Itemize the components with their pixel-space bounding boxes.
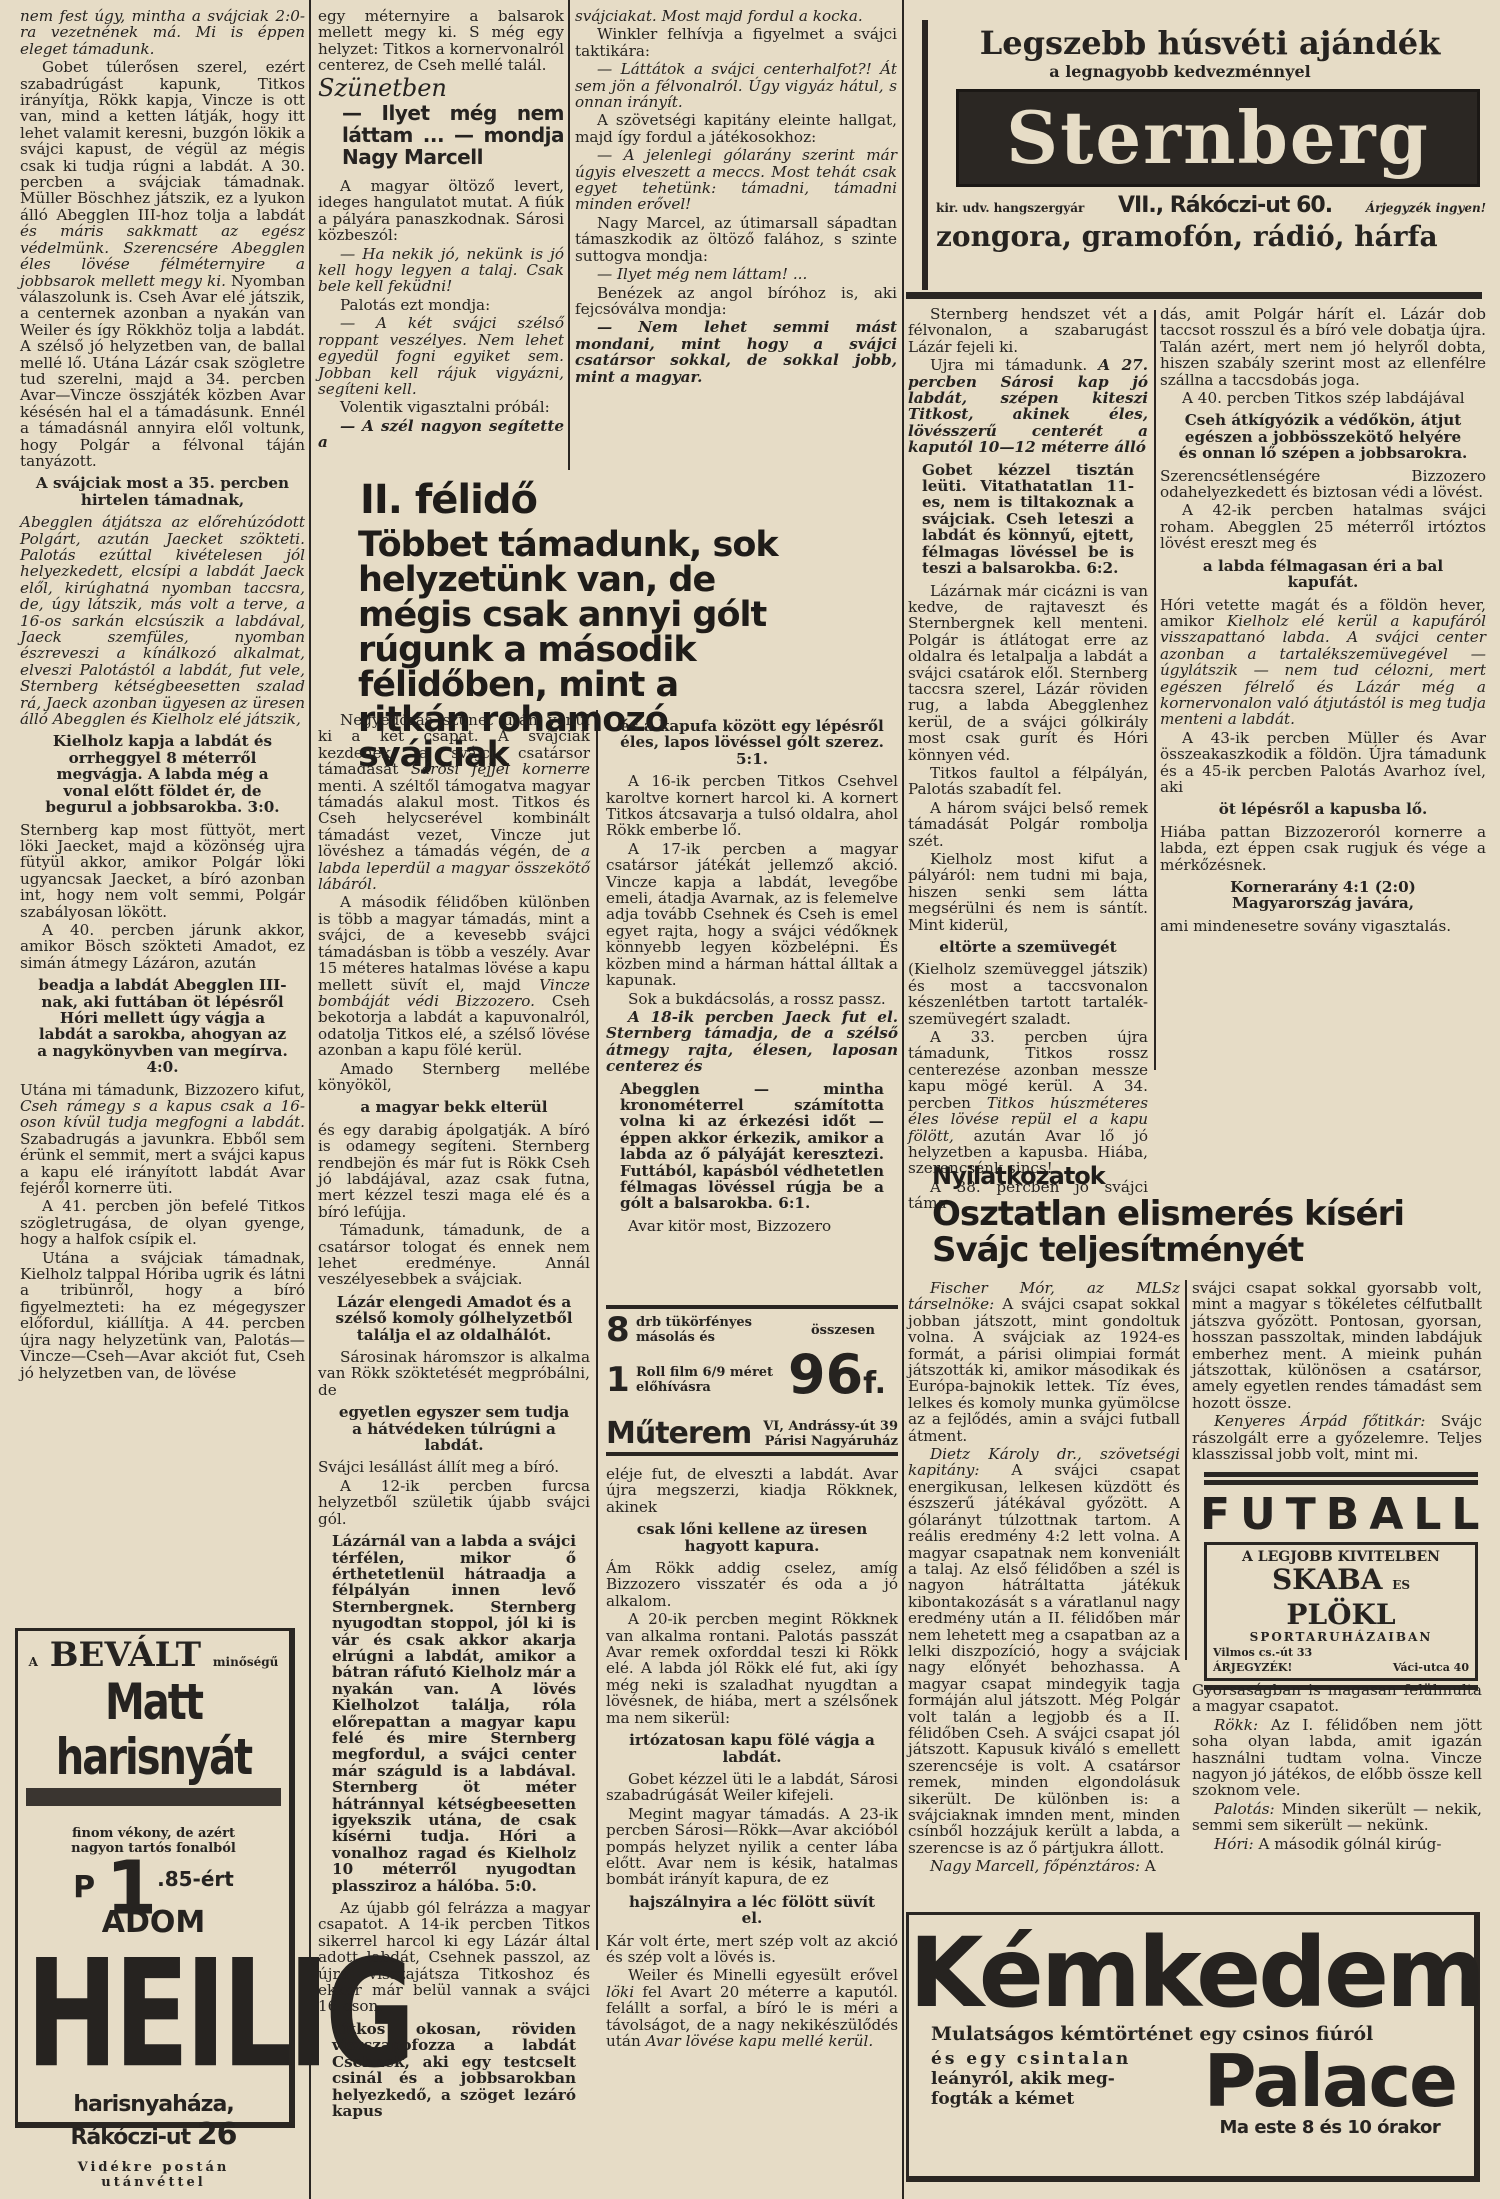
paragraph: Sok a bukdácsolás, a rossz passz. [606,991,898,1007]
text: A [29,1655,38,1669]
statements-headline: Osztatlan elismerés kíséri Svájc teljesí… [932,1196,1492,1268]
quote: — A jelenlegi gólarány szerint már úgyis… [575,147,897,213]
highlight-paragraph: a magyar bekk elterül [332,1099,576,1115]
highlight-paragraph: Cseh átkígyózik a védőkön, átjut egészen… [1174,412,1472,461]
paragraph: svájci csapat sokkal gyorsabb volt, mint… [1192,1280,1482,1411]
paragraph: Amado Sternberg mellébe könyököl, [318,1061,590,1094]
currency: P [73,1870,95,1905]
paragraph: A 20-ik percben megint Rökknek van alkal… [606,1611,898,1726]
paragraph: Kár volt érte, mert szép volt az akció é… [606,1933,898,1966]
column-rule [902,0,904,2199]
statement: Rökk: Az I. félidőben nem jött soha olya… [1192,1717,1482,1799]
article-column-5-continued: eléje fut, de elveszti a labdát. Avar új… [606,1466,898,2051]
speaker: Rökk: [1214,1716,1258,1734]
paragraph: Winkler felhívja a figyelmet a svájci ta… [575,26,897,59]
paragraph: A szövetségi kapitány eleinte hallgat, m… [575,112,897,145]
article-column-4: Negyedórás szünet után vonul ki a két cs… [318,712,590,2125]
statement-text: A [1145,1857,1156,1875]
text: menti. A széltől támogatva magyar támadá… [318,777,590,861]
paragraph: Titkos faultol a félpályán, Palotás szab… [908,765,1148,798]
paragraph: Sternberg kap most füttyöt, mert löki Ja… [20,822,305,920]
paragraph: Sárosinak háromszor is alkalma van Rökk … [318,1349,590,1398]
highlight-paragraph: a labda félmagasan éri a bal kapufát. [1174,558,1472,591]
ad-address: VI, Andrássy-út 39Párisi Nagyáruház [763,1419,898,1449]
statement-text: A második gólnál kirúg- [1258,1835,1441,1853]
ad-brand: HEILIG [26,1933,281,2095]
highlight-paragraph: Gobet kézzel tisztán leüti. Vitathatatla… [922,462,1134,577]
highlight-paragraph: hajszálnyira a léc fölött süvít el. [620,1894,884,1927]
paragraph: Hiába pattan Bizzozeroról kornerre a lab… [1160,824,1486,873]
subheadline: — Ilyet még nem láttam ... — mondja Nagy… [342,102,564,168]
paragraph: Palotás ezt mondja: [318,297,564,313]
text: minőségű [213,1655,279,1669]
ad-footer: Műterem VI, Andrássy-út 39Párisi Nagyáru… [606,1416,898,1451]
paragraph: Ujra mi támadunk. A 27. percben Sárosi k… [908,357,1148,455]
statement: Kenyeres Árpád főtitkár: Svájc rászolgál… [1192,1413,1482,1462]
paragraph: A 41. percben jön befelé Titkos szögletr… [20,1198,305,1247]
highlight-paragraph: Titkos okosan, röviden viszszapofozza a … [332,2021,576,2119]
ad-price: 96f. [788,1347,898,1412]
text: fogták a kémet [931,2089,1131,2109]
paragraph: Nagy Marcel, az útimarsall sápadtan táma… [575,215,897,264]
ad-venue-block: Palace Ma este 8 és 10 órakor [1204,2045,1456,2138]
highlight-paragraph: beadja a labdát Abegglen III-nak, aki fu… [34,977,291,1075]
ad-headline: FUTBALL [1200,1488,1482,1542]
ad-showtime: Ma este 8 és 10 órakor [1204,2117,1456,2138]
ad-description: finom vékony, de azért [26,1826,281,1841]
section-kicker: Nyilatkozatok [932,1162,1105,1190]
text: VI, Andrássy-út 39 [763,1419,898,1434]
paragraph: A 43-ik percben Müller és Avar összeakas… [1160,730,1486,796]
ad-products: zongora, gramofón, rádió, hárfa [928,220,1492,253]
text: 26 [197,2117,237,2152]
column-rule [568,0,570,470]
highlight-paragraph: Kielholz kapja a labdát és orrheggyel 8 … [34,733,291,815]
statements-right-column-continued: Gyorsaságban is magasan felülmulta a mag… [1192,1682,1482,1854]
text-italic: Kielholz elé kerül a kapufáról visszapat… [1160,612,1486,728]
paragraph: Hóri vetette magát és a földön hever, am… [1160,597,1486,728]
paragraph: Szerencsétlenségére Bizzozero odahelyezk… [1160,468,1486,501]
text: és egy csintalan [931,2049,1131,2069]
paragraph: A 40. percben járunk akkor, amikor Bösch… [20,922,305,971]
paragraph: nem fest úgy, mintha a svájciak 2:0-ra v… [20,8,305,57]
text-italic: Sárosi fejjel kornerre [411,760,590,778]
text: kir. udv. hangszergyár [936,201,1084,215]
ad-border [606,1452,898,1456]
paragraph: A 16-ik percben Titkos Csehvel karoltve … [606,773,898,839]
paragraph: Utána a svájciak támadnak, Kielholz talp… [20,1250,305,1381]
paragraph: A 42-ik percben hatalmas svájci roham. A… [1160,502,1486,551]
paragraph: Svájci lesállást állít meg a bíró. [318,1459,590,1475]
paragraph: Gobet kézzel üti le a labdát, Sárosi sza… [606,1771,898,1804]
article-column-7: dás, amit Polgár hárít el. Lázár dob tac… [1160,306,1486,936]
column-rule [1185,1280,1187,1660]
speaker: Kenyeres Árpád főtitkár: [1214,1412,1425,1430]
quote: — A két svájci szélső roppant veszélyes.… [318,315,564,397]
ad-brand: Műterem [606,1416,751,1451]
price: 96 [788,1343,863,1406]
column-rule [596,710,598,1950]
quote: — Ilyet még nem láttam! ... [575,266,897,282]
ad-subheadline: a legnagyobb kedvezménnyel [868,62,1492,81]
muterem-photo-ad: 8 drb tükörfényes másolás és összesen 1 … [606,1305,898,1455]
text: BEVÁLT [50,1635,201,1675]
paragraph: A három svájci belső remek támadását Pol… [908,800,1148,849]
statements-right-column: svájci csapat sokkal gyorsabb volt, mint… [1192,1280,1482,1464]
ad-address: harisnyaháza, Rákóczi-ut 26 [26,2092,281,2152]
ad-description: és egy csintalan leányról, akik meg- fog… [931,2049,1131,2138]
statements-left-column: Fischer Mór, az MLSz társelnöke: A svájc… [908,1280,1180,1877]
text: PLÖKL [1286,1598,1395,1631]
quantity: 8 [606,1313,636,1347]
paragraph: (Kielholz szemüveggel játszik) és most a… [908,961,1148,1027]
highlight-paragraph: irtózatosan kapu fölé vágja a labdát. [620,1732,884,1765]
ad-divider [26,1788,281,1806]
ad-address: ÁRJEGYZÉK!Váci-utca 40 [1213,1661,1469,1674]
article-column-3: svájciakat. Most majd fordul a kocka. Wi… [575,8,897,387]
paragraph: A 17-ik percben a magyar csatársor játék… [606,841,898,989]
text: Váci-utca 40 [1393,1661,1469,1674]
paragraph: ami mindenesetre sovány vigasztalás. [1160,918,1486,934]
text: Szabadrugás a javunkra. Ebből sem érünk … [20,1130,305,1197]
ad-address-line: kir. udv. hangszergyár VII., Rákóczi-ut … [928,193,1492,218]
paragraph: eléje fut, de elveszti a labdát. Avar új… [606,1466,898,1515]
text: ÁRJEGYZÉK! [1213,1661,1292,1674]
skaba-plokl-futball-ad: FUTBALL A LEGJOBB KIVITELBEN SKABA ES PL… [1200,1472,1482,1668]
ad-headline: Legszebb húsvéti ajándék [928,24,1492,62]
ad-box: A LEGJOBB KIVITELBEN SKABA ES PLÖKL SPOR… [1204,1542,1478,1681]
statement: Fischer Mór, az MLSz társelnöke: A svájc… [908,1280,1180,1444]
statement-text: A svájci csapat sokkal jobban játszott, … [908,1295,1180,1444]
ad-border [906,292,1482,299]
highlight-paragraph: Abegglen — mintha kronométerrel számítot… [620,1081,884,1212]
text: Gobet túlerősen szerel, ezért szabadrúgá… [20,58,305,224]
paragraph: dás, amit Polgár hárít el. Lázár dob tac… [1160,306,1486,388]
paragraph: Kielholz most kifut a pályáról: nem tudn… [908,851,1148,933]
quote: svájciakat. Most majd fordul a kocka. [575,8,897,24]
highlight-paragraph: öt lépésről a kapusba lő. [1174,801,1472,817]
paragraph: Weiler és Minelli egyesült erővel löki f… [606,1967,898,2049]
ad-brand: Sternberg [956,89,1480,187]
paragraph: A 12-ik percben furcsa helyzetből szület… [318,1478,590,1527]
paragraph: Benézek az angol bíróhoz is, aki fejcsóv… [575,285,897,318]
statement: Dietz Károly dr., szövetségi kapitány: A… [908,1446,1180,1856]
text: összesen [788,1323,898,1338]
currency: f. [863,1366,886,1401]
paragraph: A 40. percben Titkos szép labdájával [1160,390,1486,406]
article-column-6: Sternberg hendszet vét a félvonalon, a s… [908,306,1148,1214]
text: Párisi Nagyáruház [763,1434,898,1449]
ad-divider [1204,1472,1478,1477]
text: Vilmos cs.-út 33 [1213,1646,1312,1659]
ad-headline: Kémkedem [909,1923,1474,2023]
text: leányról, akik meg- [931,2069,1131,2089]
ad-address: Vilmos cs.-út 33 [1213,1646,1469,1659]
paragraph: Avar kitör most, Bizzozero [606,1218,898,1234]
quote: — A szél nagyon segítette a [318,418,564,451]
text: SPORTARUHÁZAIBAN [1213,1630,1469,1644]
paragraph: Támadunk, támadunk, de a csatársor tolog… [318,1222,590,1288]
paragraph: A magyar öltöző levert, ideges hangulato… [318,178,564,244]
highlight-paragraph: és a kapufa között egy lépésről éles, la… [620,718,884,767]
speaker: Nagy Marcell, főpénztáros: [930,1857,1140,1875]
quote: — Nem lehet semmi mást mondani, mint hog… [575,319,897,385]
ad-address: VII., Rákóczi-ut 60. [1118,193,1332,218]
article-column-2: egy méternyire a balsarok mellett megy k… [318,8,564,453]
kemkedem-cinema-ad: Kémkedem Mulatságos kémtörténet egy csin… [906,1912,1480,2182]
paragraph: Ám Rökk addig cselez, amíg Bizzozero vis… [606,1560,898,1609]
highlight-paragraph: Lázárnál van a labda a svájci térfélen, … [332,1533,576,1894]
speaker: Palotás: [1214,1800,1275,1818]
ad-brand: SKABA ES PLÖKL [1213,1565,1469,1630]
paragraph: Lázárnak már cicázni is van kedve, de ra… [908,583,1148,763]
text-italic: Avar lövése kapu mellé kerül. [646,2032,874,2050]
quantity: 1 [606,1363,636,1397]
ad-body: és egy csintalan leányról, akik meg- fog… [909,2045,1474,2138]
highlight-paragraph: A svájciak most a 35. percben hirtelen t… [34,475,291,508]
paragraph: A 33. percben újra támadunk, Titkos ross… [908,1029,1148,1177]
text: Utána mi támadunk, Bizzozero kifut, [20,1081,305,1099]
paragraph: Gobet túlerősen szerel, ezért szabadrúgá… [20,59,305,469]
column-rule [1154,310,1156,1070]
paragraph: és egy darabig ápolgatják. A bíró is oda… [318,1122,590,1220]
speaker: Hóri: [1214,1835,1254,1853]
article-column-1: nem fest úgy, mintha a svájciak 2:0-ra v… [20,8,305,1383]
text: SKABA [1272,1563,1383,1596]
paragraph: Volentik vigasztalni próbál: [318,399,564,415]
statement: Palotás: Minden sikerült — nekik, semmi … [1192,1801,1482,1834]
heilig-stocking-ad: A BEVÁLT minőségű Matt harisnyát finom v… [15,1628,295,2128]
article-column-5: és a kapufa között egy lépésről éles, la… [606,712,898,1236]
column-rule [309,0,311,2199]
quote: — Ha nekik jó, nekünk is jó kell hogy le… [318,246,564,295]
paragraph: A második félidőben különben is több a m… [318,894,590,1058]
highlight-paragraph: csak lőni kellene az üresen hagyott kapu… [620,1521,884,1554]
highlight-paragraph: eltörte a szemüvegét [922,939,1134,955]
highlight-paragraph: egyetlen egyszer sem tudja a hátvédeken … [332,1404,576,1453]
text: Roll film 6/9 méret előhívásra [636,1365,788,1395]
sternberg-music-ad: Legszebb húsvéti ajándék a legnagyobb ke… [922,20,1492,290]
text: ES [1392,1578,1410,1592]
text: Nyomban válaszolunk is. Cseh Avar elé já… [20,272,305,470]
paragraph: A 18-ik percben Jaeck fut el. Sternberg … [606,1009,898,1075]
text-italic: löki [606,1983,634,2001]
text: drb tükörfényes másolás és [636,1315,788,1345]
ad-offer: 8 drb tükörfényes másolás és összesen 1 … [606,1313,898,1412]
paragraph: Utána mi támadunk, Bizzozero kifut, Cseh… [20,1082,305,1197]
ad-divider [1204,1480,1478,1485]
paragraph: Az újabb gól felrázza a magyar csapatot.… [318,1900,590,2015]
text: Weiler és Minelli egyesült erővel [628,1966,898,1984]
highlight-paragraph: Lázár elengedi Amadot és a szélső komoly… [332,1294,576,1343]
text-italic: Cseh rámegy s a kapus csak a 16-oson kív… [20,1097,305,1131]
paragraph: Negyedórás szünet után vonul ki a két cs… [318,712,590,892]
text: Ujra mi támadunk. [930,356,1087,374]
paragraph: Megint magyar támadás. A 23-ik percben S… [606,1806,898,1888]
highlight-paragraph: Kornerarány 4:1 (2:0) Magyarország javár… [1174,879,1472,912]
paragraph: Abegglen átjátsza az előrehúzódott Polgá… [20,514,305,727]
statement: Nagy Marcell, főpénztáros: A [908,1858,1180,1874]
statement: Hóri: A második gólnál kirúg- [1192,1836,1482,1852]
paragraph: egy méternyire a balsarok mellett megy k… [318,8,564,74]
text: Árjegyzék ingyen! [1366,201,1486,215]
statement-text: A svájci csapat energikusan, lelkesen kü… [908,1461,1180,1856]
price-dec: .85-ért [157,1867,234,1891]
section-heading: Szünetben [318,80,564,96]
section-kicker: II. félidő [360,478,537,522]
ad-product: Matt harisnyát [26,1675,281,1785]
paragraph: Gyorsaságban is magasan felülmulta a mag… [1192,1682,1482,1715]
paragraph: Sternberg hendszet vét a félvonalon, a s… [908,306,1148,355]
ad-venue: Palace [1204,2045,1456,2117]
quote: — Láttátok a svájci centerhalfot?! Át se… [575,61,897,110]
ad-footnote: Vidékre postán utánvéttel [26,2160,281,2190]
